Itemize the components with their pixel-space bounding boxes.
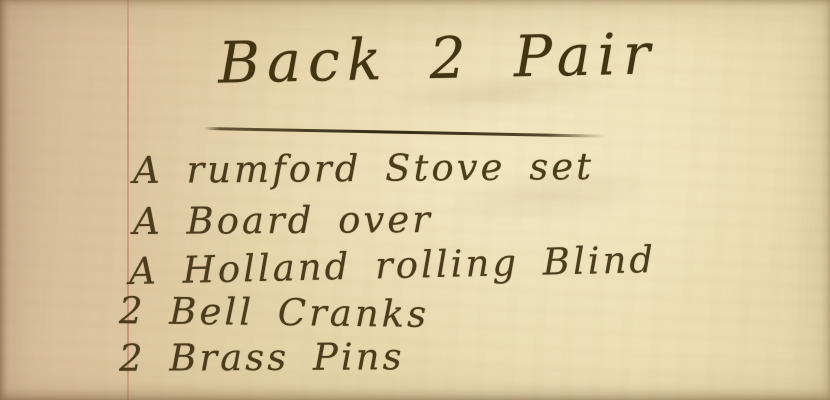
list-item: A rumford Stove set (133, 145, 594, 192)
manuscript-page: Back 2 Pair A rumford Stove set A Board … (0, 0, 830, 400)
list-item: 2 Brass Pins (119, 335, 405, 379)
list-item: 2 Bell Cranks (119, 289, 430, 336)
list-item: A Board over (133, 198, 433, 243)
page-title: Back 2 Pair (217, 21, 657, 96)
title-underline (204, 127, 606, 138)
list-item: A Holland rolling Blind (129, 238, 657, 293)
